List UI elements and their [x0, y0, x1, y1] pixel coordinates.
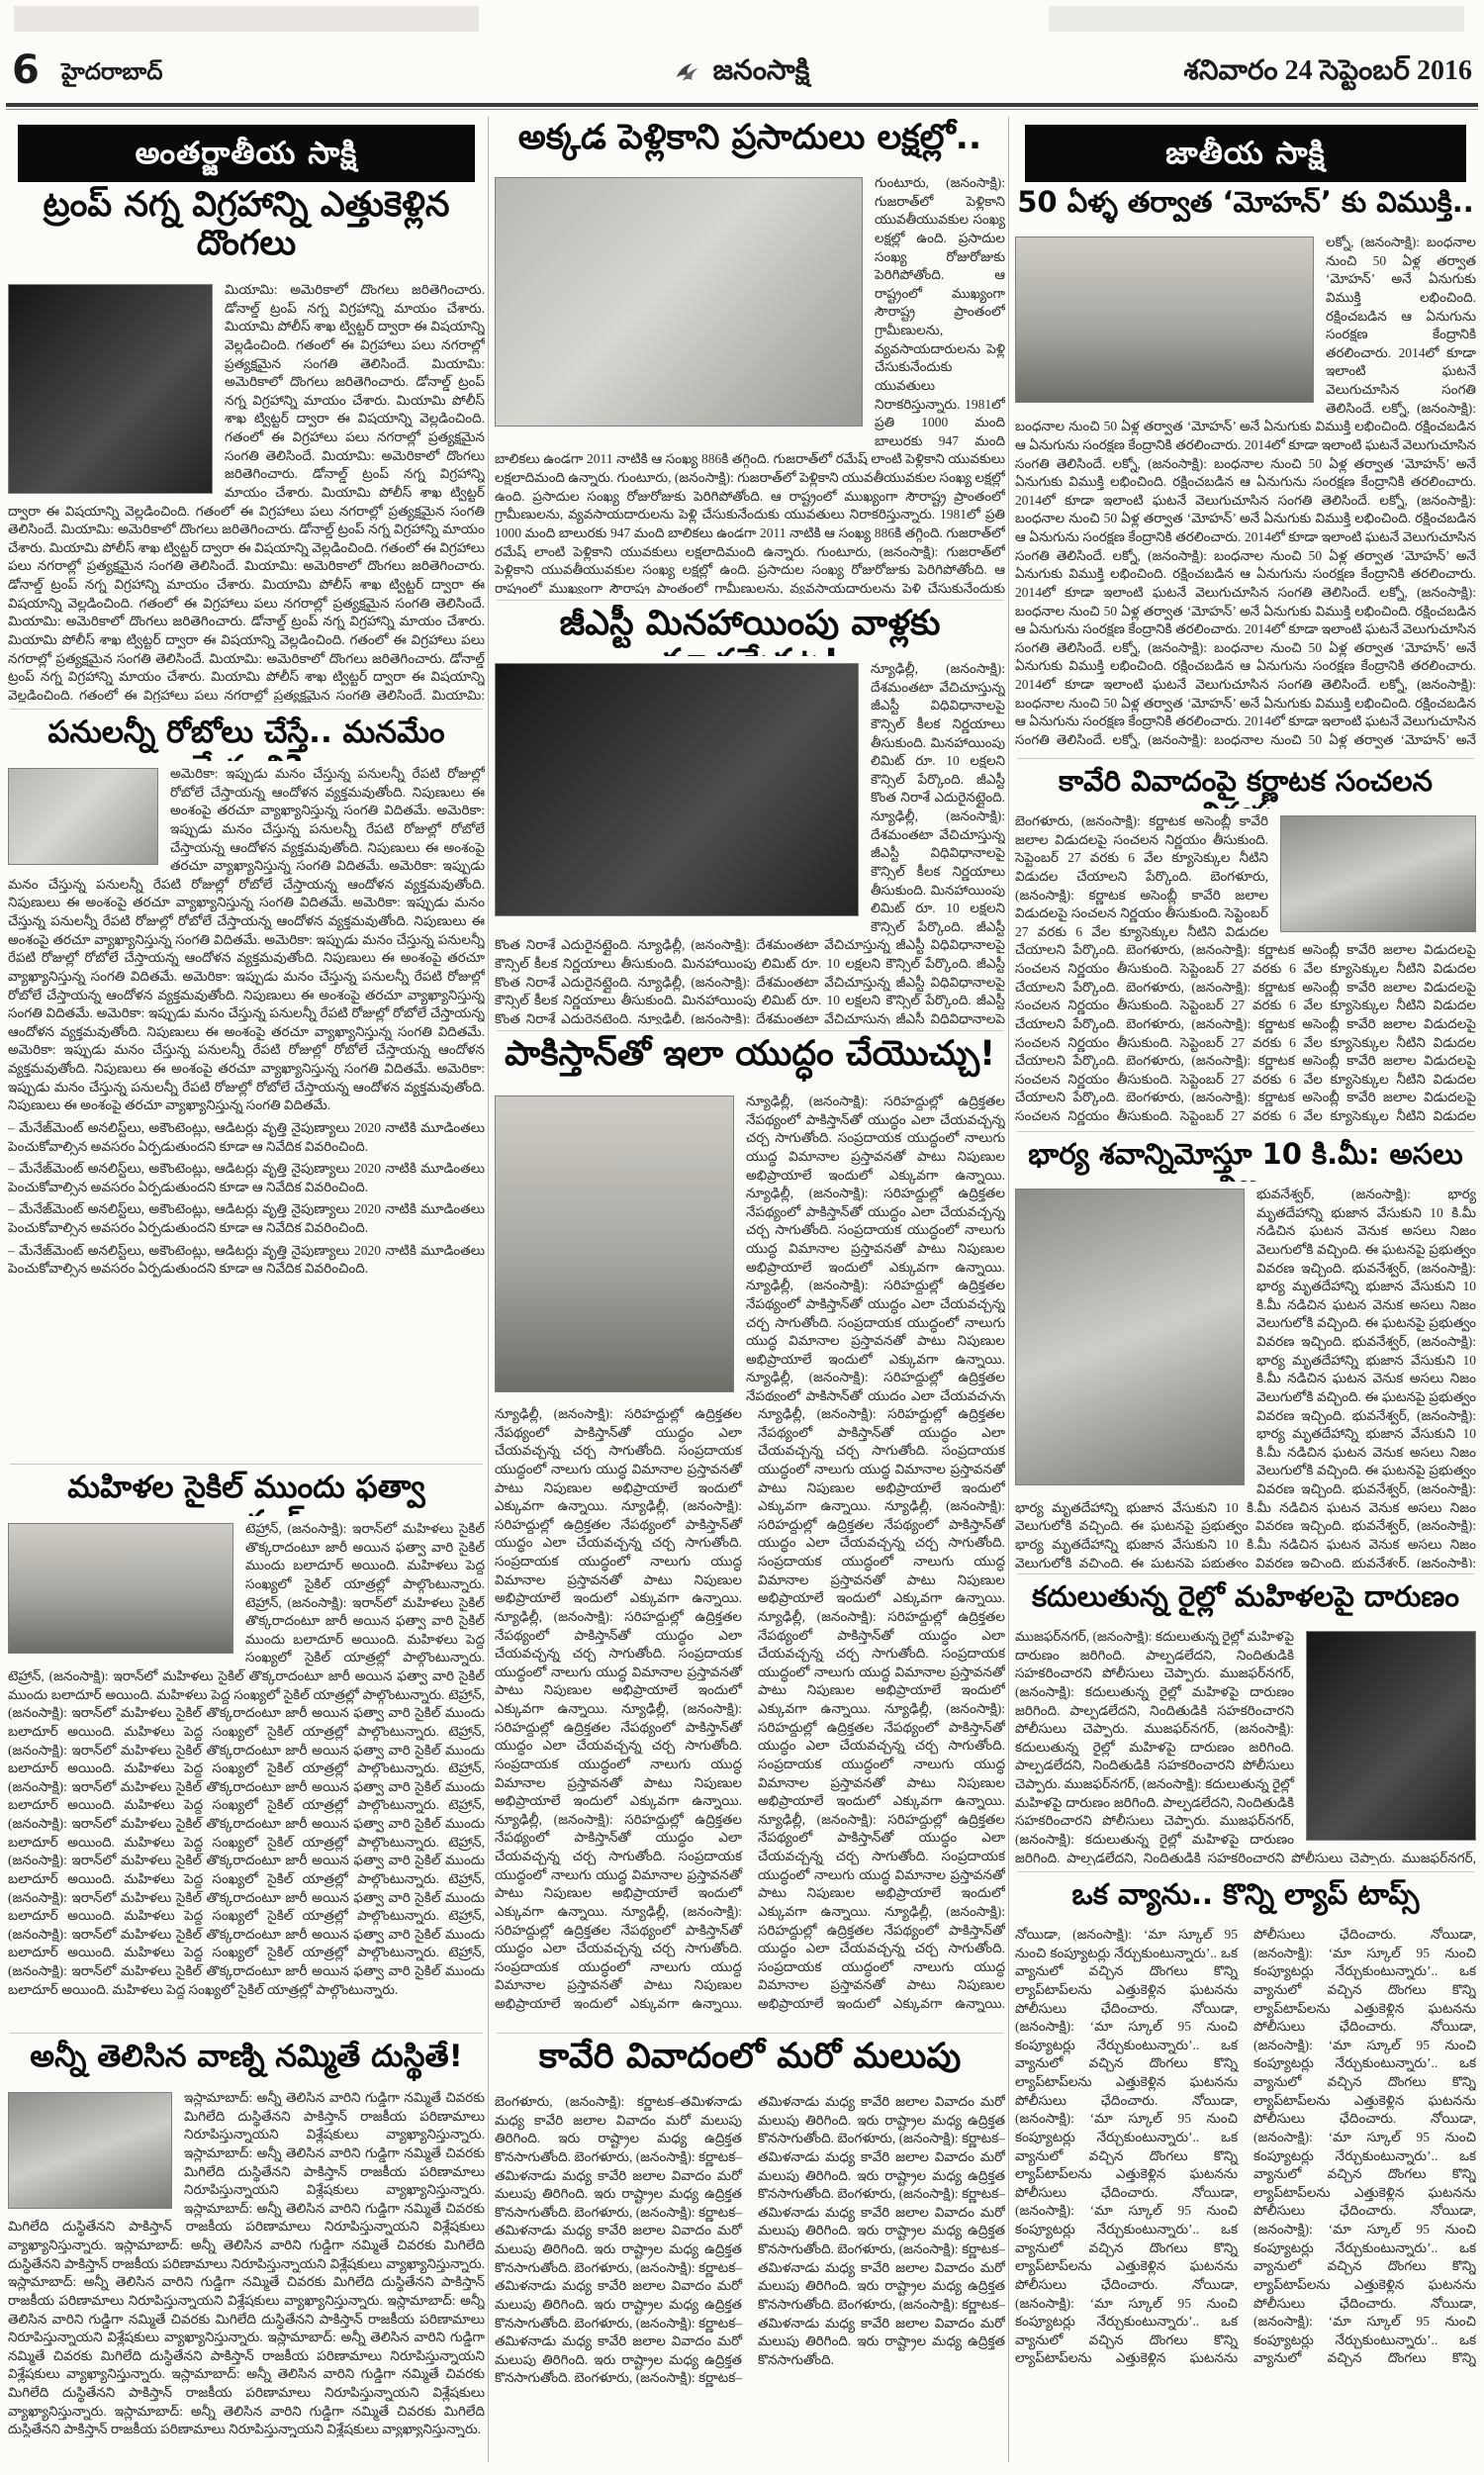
section-banner-international: అంతర్జాతీయ సాక్షి	[18, 125, 475, 182]
headline-karnataka-decision: కావేరి వివాదంపై కర్ణాటక సంచలన నిర్ణయం	[1015, 765, 1476, 809]
bullet-item: – మేనేజ్‌మెంట్ అనలిస్ట్‌లు, అకౌంటెంట్లు,…	[8, 1160, 485, 1196]
village-crowd-photo	[495, 177, 863, 427]
article-kaveri-twist: బెంగళూరు, (జనంసాక్షి): కర్ణాటక–తమిళనాడు …	[495, 2089, 1005, 2420]
soldiers-photo	[495, 1095, 734, 1392]
article-divider	[10, 1464, 483, 1465]
article-divider	[1017, 758, 1474, 759]
masthead-logo-icon	[675, 59, 700, 91]
left-column: అంతర్జాతీయ సాక్షి ట్రంప్ నగ్న విగ్రహాన్న…	[8, 117, 485, 2437]
headline-robots: పనులన్నీ రోబోలు చేస్తే.. మనమేం చేయాలి?	[8, 715, 485, 761]
article-pakistan-war-continued: న్యూఢిల్లీ, (జనంసాక్షి): సరిహద్దుల్లో ఉద…	[495, 1401, 1005, 2027]
article-body: నోయిడా, (జనంసాక్షి): ‘మా స్కూల్ 95 నుంచి…	[1015, 1926, 1476, 2373]
article-divider	[10, 709, 483, 710]
headline-elephant-mohan: 50 ఏళ్ళ తర్వాత ‘మోహన్’ కు విముక్తి..	[1015, 186, 1476, 230]
page-number: 6	[12, 48, 40, 93]
headline-pakistan-war: పాకిస్తాన్‌తో ఇలా యుద్ధం చేయొచ్చు!	[495, 1035, 1005, 1089]
header-rule	[6, 103, 1478, 110]
headline-women-cycling: మహిళల సైకిల్ ముందు ఫత్వా బలాదూర్	[8, 1471, 485, 1516]
edition-city: హైదరాబాద్	[61, 59, 162, 91]
article-women-cycling: టెహ్రాన్, (జనంసాక్షి): ఇరాన్‌లో మహిళలు స…	[8, 1516, 485, 2027]
river-dam-photo	[1280, 815, 1476, 932]
trump-statue-photo	[8, 284, 213, 494]
scan-artifact	[1049, 6, 1464, 32]
right-column: జాతీయ సాక్షి 50 ఏళ్ళ తర్వాత ‘మోహన్’ కు వ…	[1015, 117, 1476, 2373]
pak-leaders-photo	[8, 2092, 172, 2209]
article-unmarried: గుంటూరు, (జనంసాక్షి): గుజరాత్‌లో పెళ్లిక…	[495, 170, 1005, 594]
elephant-photo	[1015, 237, 1314, 403]
article-train-assault: ముజఫర్‌నగర్, (జనంసాక్షి): కదులుతున్న రైల…	[1015, 1624, 1476, 1865]
headline-trust: అన్నీ తెలిసిన వాణ్ని నమ్మితే దుస్థితే!	[8, 2040, 485, 2085]
article-elephant-mohan: లక్నో, (జనంసాక్షి): బంధనాల నుంచి 50 ఏళ్ల…	[1015, 230, 1476, 752]
article-body: న్యూఢిల్లీ, (జనంసాక్షి): సరిహద్దుల్లో ఉద…	[495, 1405, 1005, 2027]
article-body: బెంగళూరు, (జనంసాక్షి): కర్ణాటక–తమిళనాడు …	[495, 2093, 1005, 2388]
headline-trump-statue: ట్రంప్ నగ్న విగ్రహాన్ని ఎత్తుకెళ్లిన దొం…	[8, 186, 485, 277]
article-divider	[497, 1030, 1003, 1031]
column-divider	[488, 117, 489, 2462]
article-karnataka-decision: బెంగళూరు, (జనంసాక్షి): కర్ణాటక అసెంబ్లీ …	[1015, 809, 1476, 1125]
headline-van-laptops: ఒక వ్యాను.. కొన్ని ల్యాప్ టాప్స్	[1015, 1878, 1476, 1922]
article-trump-statue: మియామి: అమెరికాలో దొంగలు జరితెగించారు. డ…	[8, 277, 485, 703]
article-divider	[1017, 1131, 1474, 1132]
headline-wife-body: భార్య శవాన్నిమోస్తూ 10 కి.మీ: అసలు నిజం	[1015, 1138, 1476, 1182]
article-divider	[497, 600, 1003, 601]
middle-column: అక్కడ పెళ్లికాని ప్రసాదులు లక్షల్లో.. గు…	[495, 117, 1005, 2420]
bullet-item: – మేనేజ్‌మెంట్ అనలిస్ట్‌లు, అకౌంటెంట్లు,…	[8, 1200, 485, 1237]
man-carrying-body-photo	[1015, 1189, 1245, 1485]
article-wife-body: భువనేశ్వర్, (జనంసాక్షి): భార్య మృతదేహాన్…	[1015, 1182, 1476, 1568]
robots-roundtable-photo	[8, 768, 158, 865]
article-divider	[10, 2033, 483, 2034]
article-gst: న్యూఢిల్లీ, (జనంసాక్షి): దేశమంతటా వేచిచూ…	[495, 656, 1005, 1024]
article-pakistan-war-lead: న్యూఢిల్లీ, (జనంసాక్షి): సరిహద్దుల్లో ఉద…	[495, 1089, 1005, 1401]
article-divider	[497, 2033, 1003, 2034]
headline-kaveri-twist: కావేరి వివాదంలో మరో మలుపు	[495, 2038, 1005, 2089]
page-header: 6 హైదరాబాద్ జనంసాక్షి శనివారం 24 సెప్టెం…	[0, 48, 1484, 101]
issue-date: శనివారం 24 సెప్టెంబర్ 2016	[1183, 55, 1472, 93]
article-van-laptops: నోయిడా, (జనంసాక్షి): ‘మా స్కూల్ 95 నుంచి…	[1015, 1922, 1476, 2373]
column-divider	[1008, 117, 1009, 2462]
bullet-item: – మేనేజ్‌మెంట్ అనలిస్ట్‌లు, అకౌంటెంట్లు,…	[8, 1242, 485, 1279]
section-banner-national: జాతీయ సాక్షి	[1025, 125, 1466, 182]
headline-train-assault: కదులుతున్న రైల్లో మహిళలపై దారుణం	[1015, 1580, 1476, 1624]
scan-artifact	[14, 6, 479, 32]
masthead-title: జనంసాక్షి	[713, 55, 810, 86]
headline-unmarried: అక్కడ పెళ్లికాని ప్రసాదులు లక్షల్లో..	[495, 119, 1005, 170]
article-robots: అమెరికా: ఇప్పుడు మనం చేస్తున్న పనులన్నీ …	[8, 761, 485, 1458]
bullet-item: – మేనేజ్‌మెంట్ అనలిస్ట్‌లు, అకౌంటెంట్లు,…	[8, 1119, 485, 1156]
article-divider	[1017, 1573, 1474, 1574]
cyclists-photo	[8, 1523, 233, 1654]
article-trust: ఇస్లామాబాద్: అన్నీ తెలిసిన వారిని గుడ్డి…	[8, 2085, 485, 2437]
masthead: జనంసాక్షి	[675, 55, 810, 93]
newspaper-page: 6 హైదరాబాద్ జనంసాక్షి శనివారం 24 సెప్టెం…	[0, 0, 1484, 2475]
article-divider	[1017, 1871, 1474, 1872]
headline-gst: జీఎస్టీ మినహాయింపు వాళ్లకు మాత్రమేనట!	[495, 605, 1005, 656]
jaitley-photo	[495, 663, 859, 916]
woman-portrait-photo	[1306, 1631, 1476, 1841]
